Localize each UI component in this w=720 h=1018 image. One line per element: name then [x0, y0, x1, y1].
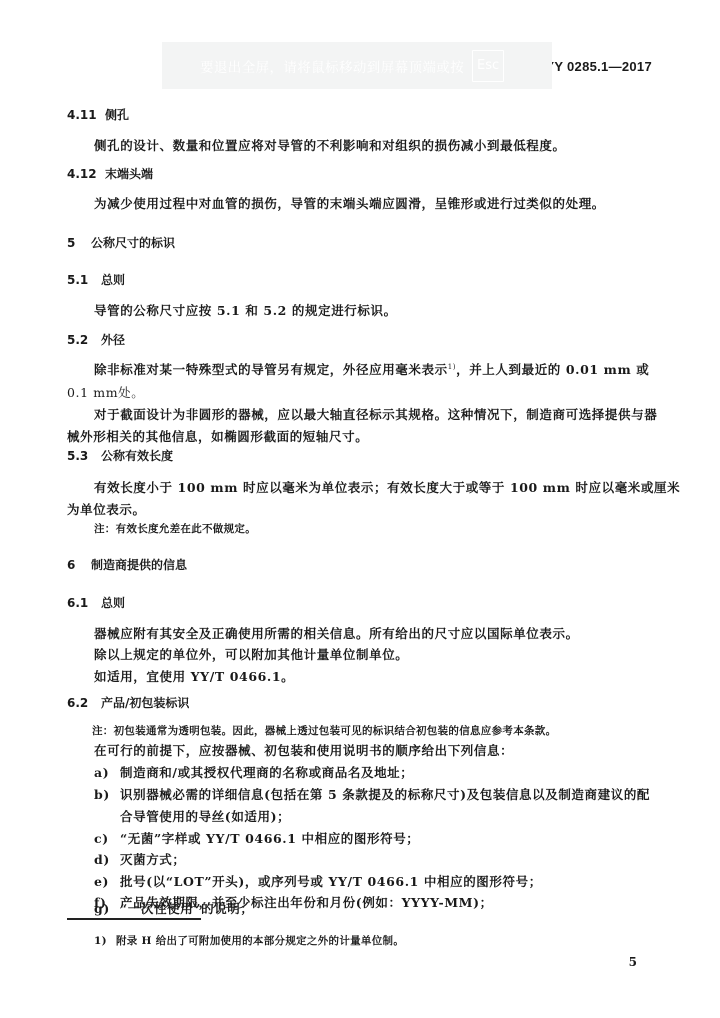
section-5-heading: 5公称尺寸的标识: [67, 234, 175, 251]
list-item-a: a)制造商和/或其授权代理商的名称或商品名及地址；: [94, 763, 413, 781]
section-5-3-text: 有效长度小于 100 mm 时应以毫米为单位表示；有效长度大于或等于 100 m…: [94, 478, 680, 496]
section-5-3-text-cont: 为单位表示。: [67, 500, 146, 518]
section-4-12-text: 为减少使用过程中对血管的损伤，导管的末端头端应圆滑，呈锥形或进行过类似的处理。: [94, 194, 605, 212]
page-number: 5: [629, 955, 637, 969]
section-number: 6.1: [67, 596, 101, 610]
section-5-2-heading: 5.2外径: [67, 331, 125, 348]
section-5-3-heading: 5.3公称有效长度: [67, 447, 173, 464]
section-4-11-text: 侧孔的设计、数量和位置应将对导管的不利影响和对组织的损伤减小到最低程度。: [94, 136, 566, 154]
section-title: 总则: [101, 273, 125, 287]
list-item-b: b)识别器械必需的详细信息(包括在第 5 条款提及的标称尺寸)及包装信息以及制造…: [94, 785, 650, 803]
section-number: 6.2: [67, 696, 101, 710]
list-item-e: e)批号(以“LOT”开头)，或序列号或 YY/T 0466.1 中相应的图形符…: [94, 872, 542, 890]
section-title: 公称尺寸的标识: [91, 236, 175, 250]
section-5-1-text: 导管的公称尺寸应按 5.1 和 5.2 的规定进行标识。: [94, 301, 397, 319]
footnote: 1)附录 H 给出了可附加使用的本部分规定之外的计量单位制。: [94, 933, 404, 948]
section-title: 末端头端: [105, 167, 153, 181]
section-title: 产品/初包装标识: [101, 696, 189, 710]
section-4-12-heading: 4.12末端头端: [67, 165, 153, 182]
section-6-1-line-2: 除以上规定的单位外，可以附加其他计量单位制单位。: [94, 645, 408, 663]
section-title: 侧孔: [105, 108, 129, 122]
list-item-b-cont: 合导管使用的导丝(如适用)；: [120, 807, 290, 825]
section-5-2-paragraph-1: 除非标准对某一特殊型式的导管另有规定，外径应用毫米表示1)，并上人到最近的 0.…: [94, 360, 649, 378]
section-6-2-note: 注：初包装通常为透明包装。因此，器械上透过包装可见的标识结合初包装的信息应参考本…: [92, 723, 556, 738]
fullscreen-exit-banner: 要退出全屏，请将鼠标移动到屏幕顶端或按 Esc: [162, 42, 552, 89]
section-5-2-paragraph-2-cont: 械外形相关的其他信息，如椭圆形截面的短轴尺寸。: [67, 427, 368, 445]
section-number: 5: [67, 236, 91, 250]
section-title: 外径: [101, 333, 125, 347]
section-5-3-note: 注：有效长度允差在此不做规定。: [94, 521, 256, 536]
section-5-1-heading: 5.1总则: [67, 271, 125, 288]
section-6-1-heading: 6.1总则: [67, 594, 125, 611]
section-number: 5.1: [67, 273, 101, 287]
footnote-text: 附录 H 给出了可附加使用的本部分规定之外的计量单位制。: [116, 935, 404, 947]
list-item-d: d)灭菌方式；: [94, 850, 186, 868]
section-number: 4.12: [67, 167, 105, 181]
list-item-g: g)“一次性使用”的说明；: [94, 899, 253, 917]
section-6-1-line-3: 如适用，宜使用 YY/T 0466.1。: [94, 667, 294, 685]
section-5-2-paragraph-1-cont: 0.1 mm处。: [67, 383, 144, 401]
section-6-1-line-1: 器械应附有其安全及正确使用所需的相关信息。所有给出的尺寸应以国际单位表示。: [94, 624, 579, 642]
section-5-2-paragraph-2: 对于截面设计为非圆形的器械，应以最大轴直径标示其规格。这种情况下，制造商可选择提…: [94, 405, 657, 423]
section-number: 5.3: [67, 449, 101, 463]
section-title: 总则: [101, 596, 125, 610]
list-item-c: c)“无菌”字样或 YY/T 0466.1 中相应的图形符号；: [94, 829, 419, 847]
esc-key-icon: Esc: [472, 50, 504, 82]
document-page: YY 0285.1—2017 4.11侧孔 侧孔的设计、数量和位置应将对导管的不…: [0, 0, 720, 1018]
section-6-heading: 6制造商提供的信息: [67, 556, 187, 573]
footnote-reference[interactable]: 1): [448, 363, 456, 371]
section-6-2-heading: 6.2产品/初包装标识: [67, 694, 189, 711]
document-code: YY 0285.1—2017: [545, 59, 652, 74]
section-4-11-heading: 4.11侧孔: [67, 106, 129, 123]
section-number: 4.11: [67, 108, 105, 122]
section-number: 5.2: [67, 333, 101, 347]
footnote-marker: 1): [94, 935, 116, 947]
section-title: 制造商提供的信息: [91, 558, 187, 572]
section-6-2-intro: 在可行的前提下，应按器械、初包装和使用说明书的顺序给出下列信息：: [94, 741, 513, 759]
footnote-divider: [67, 918, 201, 920]
section-number: 6: [67, 558, 91, 572]
section-title: 公称有效长度: [101, 449, 173, 463]
fullscreen-exit-message: 要退出全屏，请将鼠标移动到屏幕顶端或按: [200, 56, 464, 76]
